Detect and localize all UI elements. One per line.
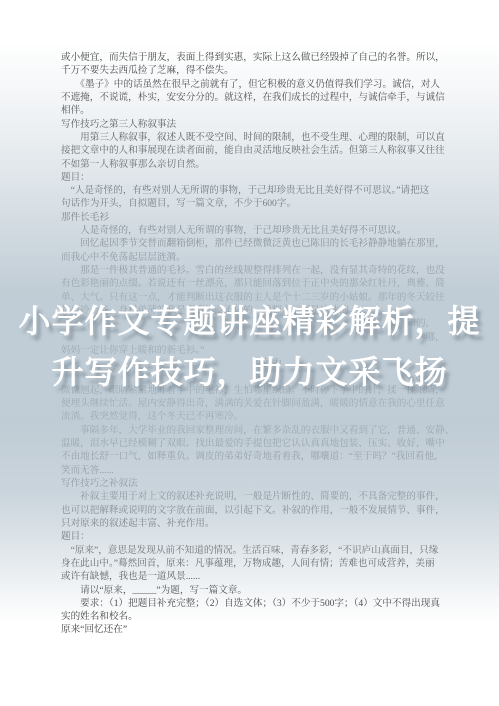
text-line: 准备为: [61, 357, 445, 370]
text-line: 写作技巧之第三人称叙事法: [61, 118, 445, 131]
text-line: 那件长毛衫: [61, 211, 445, 224]
text-line: 题目：: [61, 171, 445, 184]
text-line: 妈妈一定让你穿上暖和的新毛衫。”: [61, 344, 445, 357]
document-page: 或小便宜，而失信于朋友，表面上得到实惠，实际上这么做已经毁掉了自己的名誉。所以，…: [0, 0, 499, 706]
text-line: 原来“回忆还在”: [61, 623, 445, 636]
text-line: 《墨子》中的话虽然在很早之前就有了，但它积极的意义仍值得我们学习。诚信，对人: [61, 78, 445, 91]
text-line: “人是奇怪的，有些对别人无所谓的事物，于己却珍贵无比且美好得不可思议。”请把这: [61, 184, 445, 197]
text-line: 人是奇怪的，有些对别人无所谓的事物，于己却珍贵无比且美好得不可思议。: [61, 224, 445, 237]
text-line: 或许有缺憾，我也是一道风景......: [61, 570, 445, 583]
text-line: 哪，: [61, 331, 445, 344]
text-line: 不如第一人称叙事那么亲切自然。: [61, 158, 445, 171]
text-line: 只对原来的叙述起丰富、补充作用。: [61, 517, 445, 530]
text-line: 请以“原来，_____”为题，写一篇文章。: [61, 584, 445, 597]
document-text: 或小便宜，而失信于朋友，表面上得到实惠，实际上这么做已经毁掉了自己的名誉。所以，…: [61, 51, 445, 637]
text-line: 便埋头继续忙活。屋内安静得出奇，满满的关爱在针脚间盈满，暖暖的情意在我的心里任意: [61, 397, 445, 410]
text-line: 流淌。我突然觉得，这个冬天已不再寒冷。: [61, 410, 445, 423]
text-line: 或小便宜，而失信于朋友，表面上得到实惠，实际上这么做已经毁掉了自己的名誉。所以，: [61, 51, 445, 64]
text-line: 有色彩艳丽的点缀。若说还有一丝漂亮，那只能回落到位于正中央的那朵红牡丹，典雅、简: [61, 277, 445, 290]
text-line: 补叙主要用于对上文的叙述补充说明，一般是片断性的、简要的，不具备完整的事件，: [61, 490, 445, 503]
text-line: 温暖，泪水早已经模糊了双眼。找出最爱的手提包把它认认真真地包装、压实、收好，嘴中: [61, 437, 445, 450]
text-line: 身在此山中。”蓦然回首，原来：凡事蕴理，万物成趣，人间有情；苦难也可成营养，美丽: [61, 557, 445, 570]
text-line: 也可以把解释或说明的文字放在前面，以引起下文。补叙的作用，一般不发展情节、事件，: [61, 504, 445, 517]
text-line: 用第三人称叙事，叙述人既不受空间、时间的限制，也不受生理、心理的限制，可以直: [61, 131, 445, 144]
text-line: 微微翘起，眼睛紧紧地盯着手中的毛衫，生怕哪里织错。不时停下手中的针，揉一揉眼睛，: [61, 384, 445, 397]
text-line: “原来”，意思是发现从前不知道的情况。生活百味，青春多彩，“不识庐山真面目，只缘: [61, 544, 445, 557]
text-line: 单、大气。只有这一点，才能判断出这衣服的主人是个十二三岁的小姑娘。那年的冬天较往: [61, 291, 445, 304]
text-line: 实的姓名和校名。: [61, 610, 445, 623]
text-line: 题目：: [61, 530, 445, 543]
text-line: 千万不要失去西瓜捡了芝麻，得不偿失。: [61, 64, 445, 77]
text-line: 年更冷一些，身材单薄的我是真真地受不住的，手脚永远都是冰冰的。: [61, 304, 445, 317]
text-line: 知的，: [61, 317, 445, 330]
text-line: 要求：（1）把题目补充完整；（2）自选文体；（3）不少于500字；（4）文中不得…: [61, 597, 445, 610]
text-line: 接把文章中的人和事展现在读者面前，能自由灵活地反映社会生活。但第三人称叙事又往往: [61, 144, 445, 157]
text-line: 句话作为开头，自拟题目，写一篇文章，不少于600字。: [61, 197, 445, 210]
text-line: 不由地长舒一口气，如释重负。调皮的弟弟好奇地看着我，哪囔道：“至于吗？”我回看他…: [61, 450, 445, 463]
text-line: 回忆起因季节交替而翻箱倒柜，那件已经微微泛黄也已陈旧的长毛衫静静地躺在那里，: [61, 237, 445, 250]
text-line: 写作技巧之补叙法: [61, 477, 445, 490]
text-line: 笑而无答......: [61, 464, 445, 477]
text-line: 相伴。: [61, 104, 445, 117]
text-line: 而我心中不免荡起层层涟漪。: [61, 251, 445, 264]
text-line: 的、 飞，: [61, 371, 445, 384]
text-line: 事隔多年，大学毕业的我回家整理房间，在繁多杂乱的衣服中又看到了它，普通、安静、: [61, 424, 445, 437]
text-line: 那是一件极其普通的毛衫。雪白的丝线规整得排列在一起，没有显其奇特的花纹，也没: [61, 264, 445, 277]
text-line: 不遮掩，不说谎，朴实，安安分分的。就这样，在我们成长的过程中，与诚信牵手，与诚信: [61, 91, 445, 104]
